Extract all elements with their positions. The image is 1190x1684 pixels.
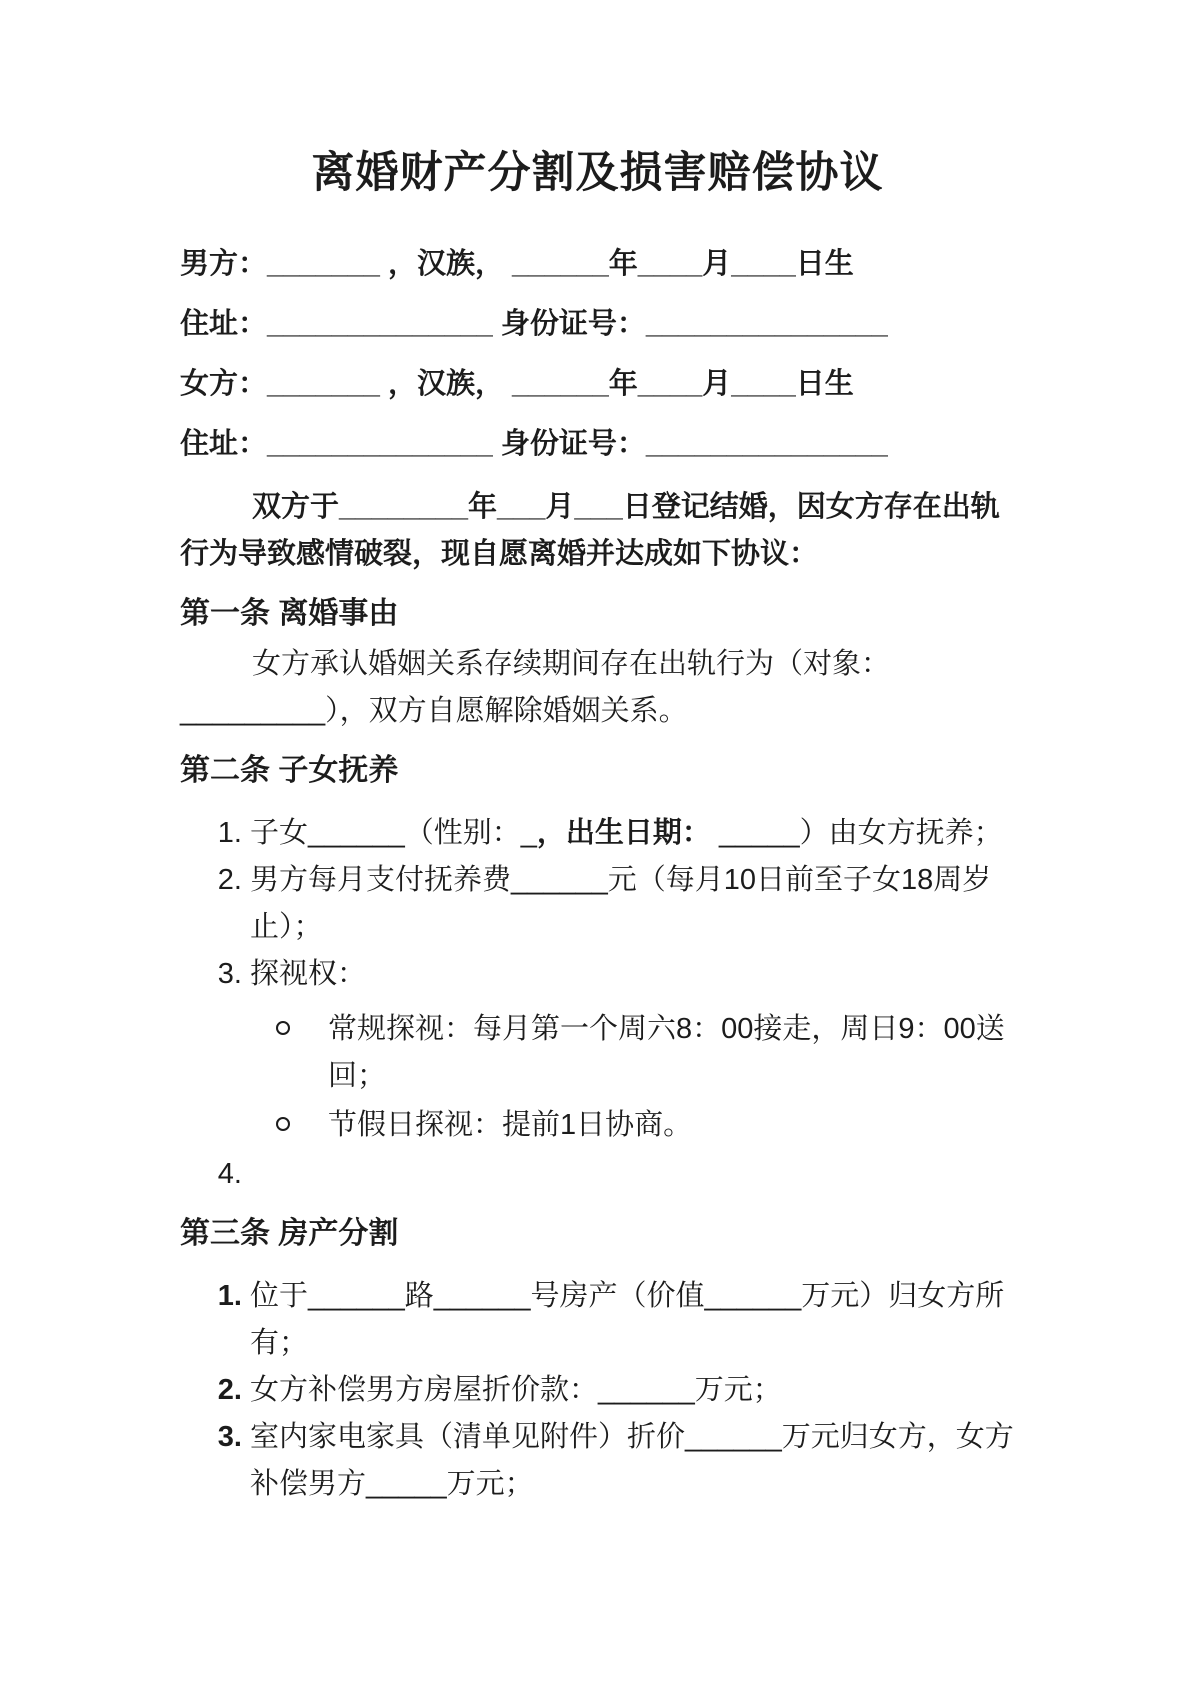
- list-item-furniture: 室内家电家具（清单见附件）折价______万元归女方，女方补偿男方_____万元…: [250, 1414, 1015, 1508]
- property-division-list: 位于______路______号房产（价值______万元）归女方所有； 女方补…: [180, 1273, 1015, 1508]
- item-text: 子女______（性别：_: [250, 817, 537, 849]
- list-item-house-compensation: 女方补偿男方房屋折价款：______万元；: [250, 1367, 1015, 1414]
- item-text: 探视权：: [250, 958, 366, 990]
- sub-item-text: 节假日探视：提前1日协商。: [328, 1109, 692, 1141]
- preamble-paragraph: 双方于________年___月___日登记结婚，因女方存在出轨行为导致感情破裂…: [180, 484, 1015, 578]
- list-item-house: 位于______路______号房产（价值______万元）归女方所有；: [250, 1273, 1015, 1367]
- circle-bullet-icon: [276, 1117, 290, 1131]
- party-line-male-address: 住址：______________ 身份证号：_______________: [180, 301, 1015, 348]
- item-text: _____）由女方抚养；: [711, 817, 1003, 849]
- visitation-sub-list: 常规探视：每月第一个周六8：00接走，周日9：00送回； 节假日探视：提前1日协…: [250, 1006, 1015, 1149]
- sub-list-item-holiday-visit: 节假日探视：提前1日协商。: [250, 1102, 1015, 1149]
- list-item-support-fee: 男方每月支付抚养费______元（每月10日前至子女18周岁止）；: [250, 857, 1015, 951]
- party-line-female-address: 住址：______________ 身份证号：_______________: [180, 421, 1015, 468]
- list-item-visitation: 探视权： 常规探视：每月第一个周六8：00接走，周日9：00送回； 节假日探视：…: [250, 951, 1015, 1149]
- party-line-female: 女方：_______ ，汉族， ______年____月____日生: [180, 361, 1015, 408]
- list-item-empty: [250, 1151, 1015, 1198]
- party-line-male: 男方：_______ ，汉族， ______年____月____日生: [180, 241, 1015, 288]
- document-page: 离婚财产分割及损害赔偿协议 男方：_______ ，汉族， ______年___…: [0, 0, 1190, 1684]
- article-1-body: 女方承认婚姻关系存续期间存在出轨行为（对象：_________），双方自愿解除婚…: [180, 641, 1015, 735]
- list-item-child: 子女______（性别：_，出生日期： _____）由女方抚养；: [250, 810, 1015, 857]
- child-support-list: 子女______（性别：_，出生日期： _____）由女方抚养； 男方每月支付抚…: [180, 810, 1015, 1198]
- sub-item-text: 常规探视：每月第一个周六8：00接走，周日9：00送回；: [328, 1013, 1005, 1092]
- sub-list-item-regular-visit: 常规探视：每月第一个周六8：00接走，周日9：00送回；: [250, 1006, 1015, 1100]
- article-2-heading: 第二条 子女抚养: [180, 747, 1015, 794]
- document-title: 离婚财产分割及损害赔偿协议: [180, 148, 1015, 198]
- item-text-bold: ，出生日期：: [537, 817, 711, 849]
- article-1-heading: 第一条 离婚事由: [180, 590, 1015, 637]
- circle-bullet-icon: [276, 1021, 290, 1035]
- article-3-heading: 第三条 房产分割: [180, 1210, 1015, 1257]
